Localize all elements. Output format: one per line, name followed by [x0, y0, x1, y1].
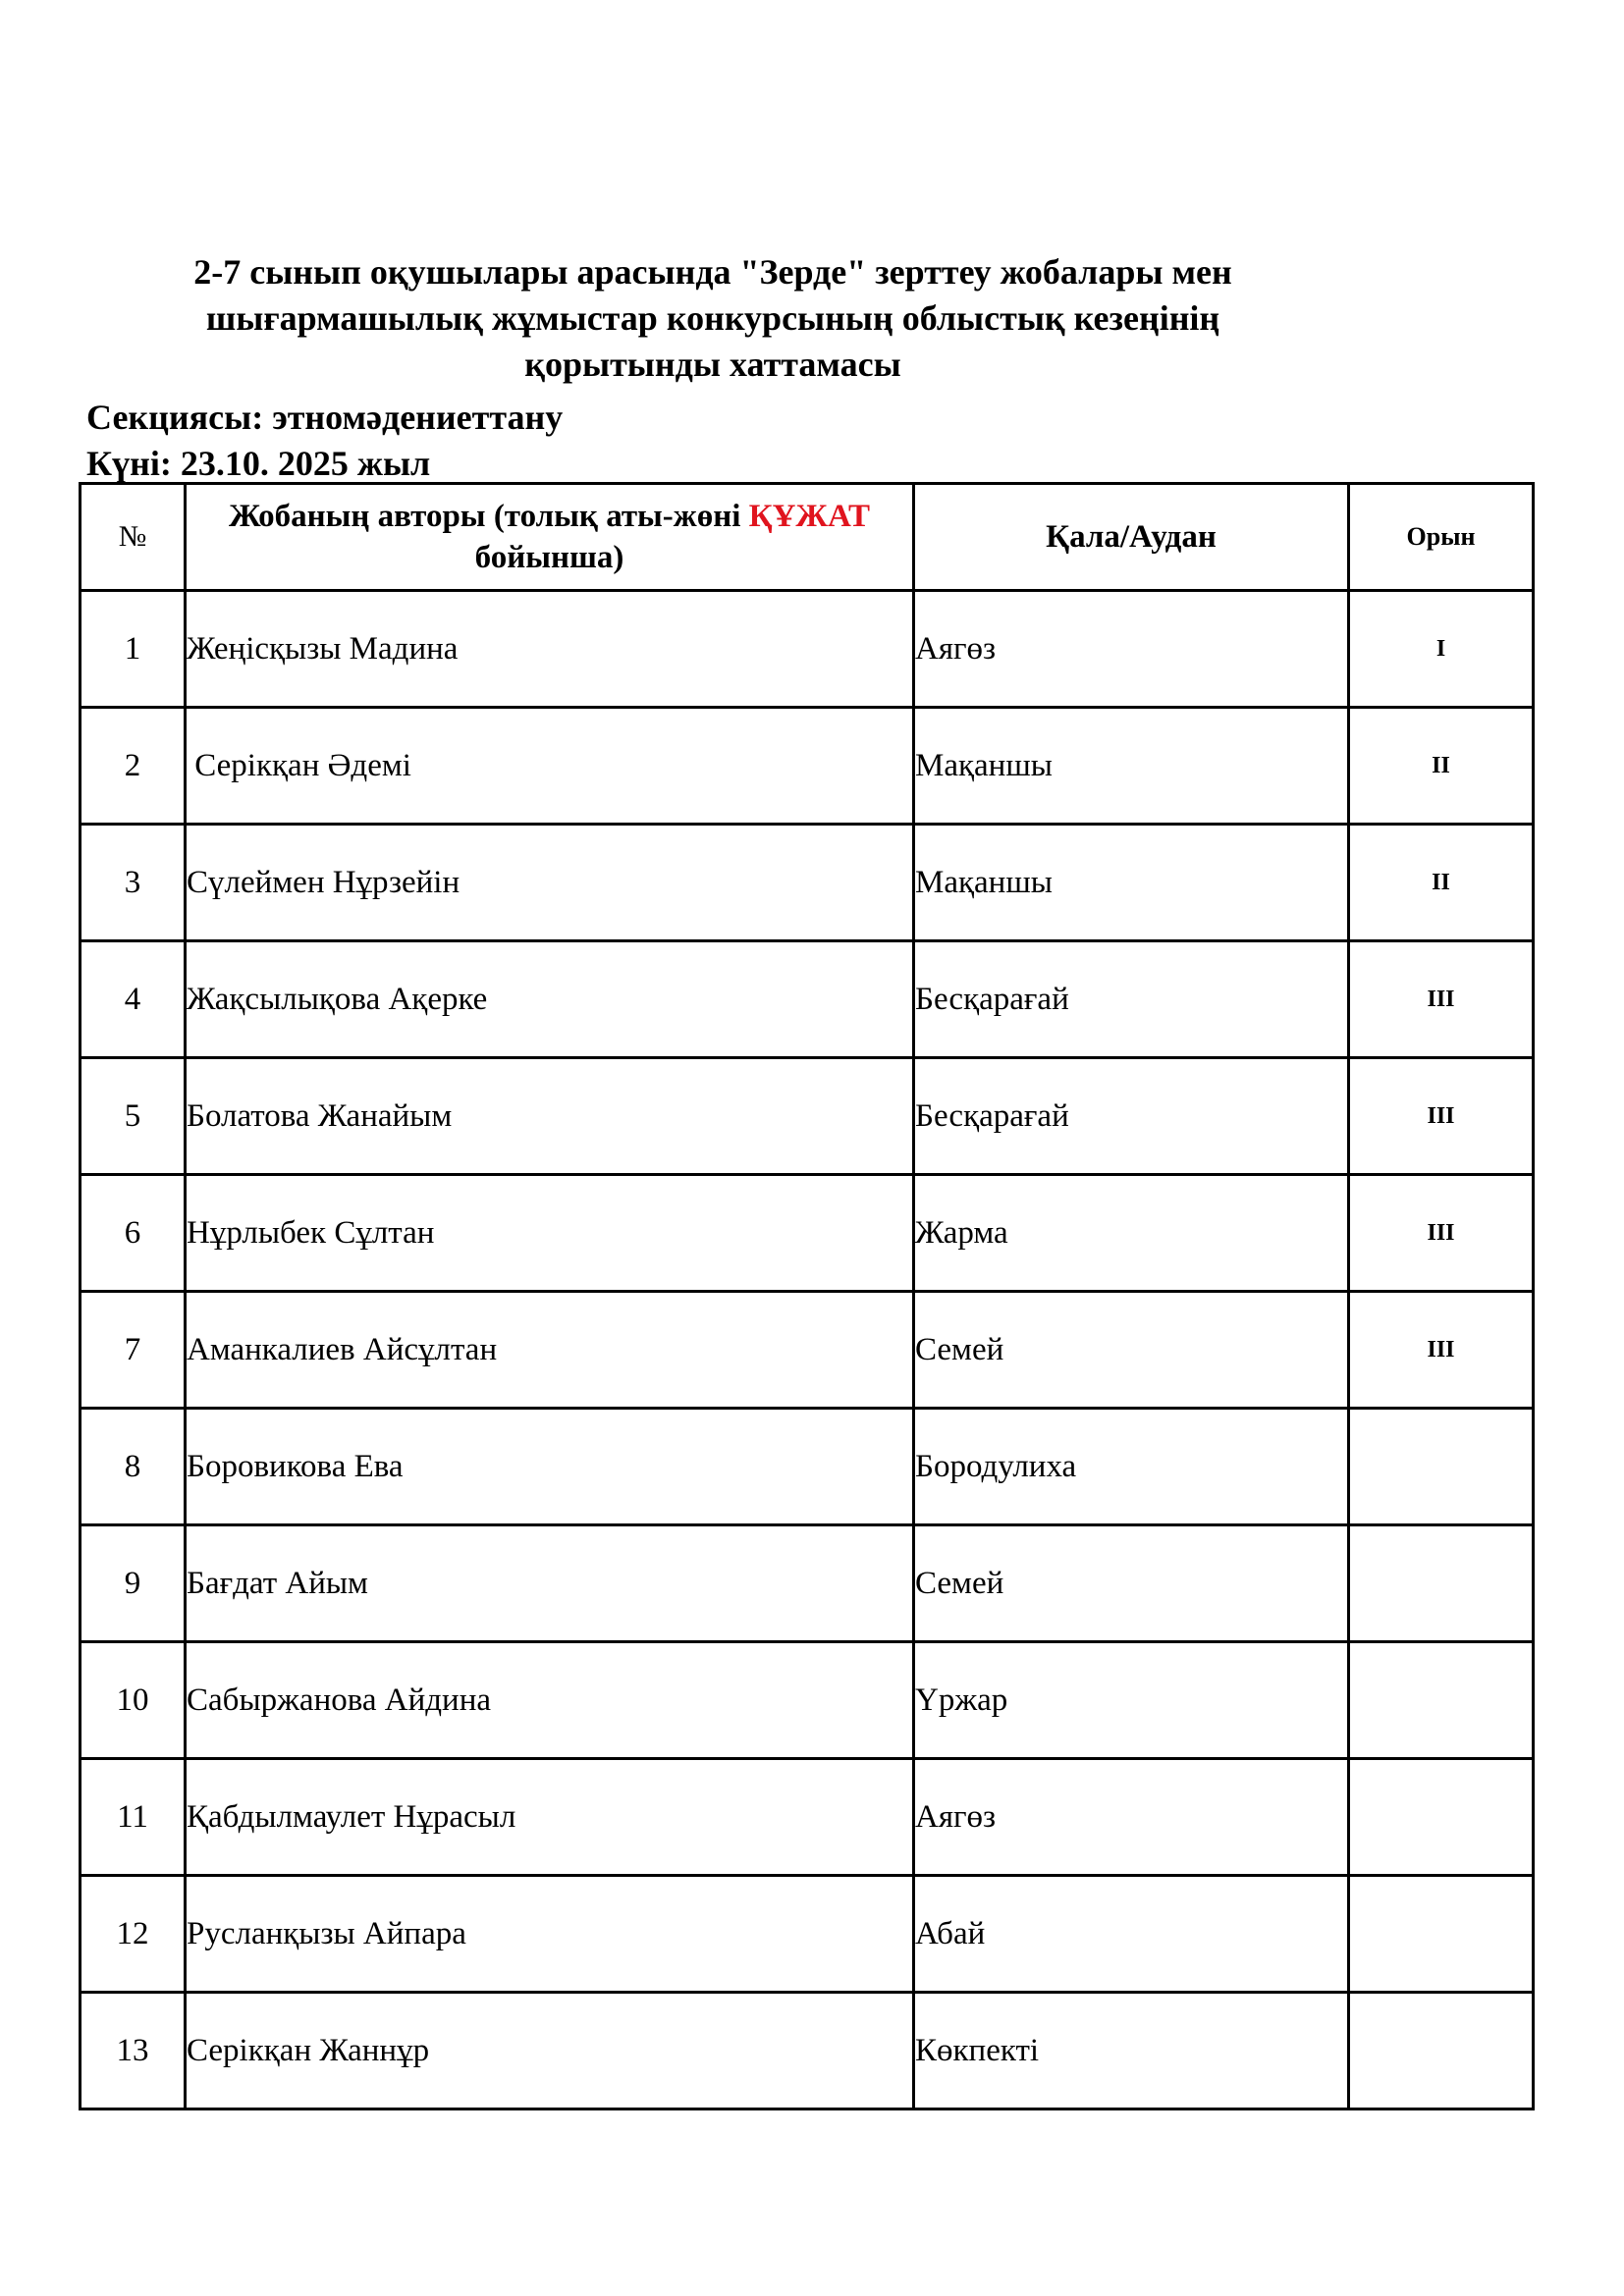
row-number: 10: [81, 1642, 186, 1759]
header-author: Жобаның авторы (толық аты-жөні ҚҰЖАТ бой…: [186, 484, 914, 591]
row-number: 12: [81, 1876, 186, 1993]
row-place: [1349, 1993, 1534, 2109]
row-number: 2: [81, 708, 186, 825]
results-table: № Жобаның авторы (толық аты-жөні ҚҰЖАТ б…: [79, 482, 1535, 2110]
row-author: Сабыржанова Айдина: [186, 1642, 914, 1759]
row-number: 1: [81, 591, 186, 708]
header-city: Қала/Аудан: [914, 484, 1349, 591]
row-city: Бородулиха: [914, 1409, 1349, 1525]
document-title: 2-7 сынып оқушылары арасында "Зерде" зер…: [79, 249, 1347, 388]
table-row: 2 Серікқан ӘдеміМақаншыII: [81, 708, 1534, 825]
row-author: Қабдылмаулет Нұрасыл: [186, 1759, 914, 1876]
table-row: 6Нұрлыбек СұлтанЖармаIII: [81, 1175, 1534, 1292]
row-author: Серікқан Жаннұр: [186, 1993, 914, 2109]
row-author: Русланқызы Айпара: [186, 1876, 914, 1993]
row-city: Семей: [914, 1525, 1349, 1642]
header-author-highlight: ҚҰЖАТ: [749, 499, 870, 534]
row-city: Аягөз: [914, 591, 1349, 708]
row-author: Сүлеймен Нұрзейін: [186, 825, 914, 941]
row-author: Серікқан Әдемі: [186, 708, 914, 825]
row-city: Мақаншы: [914, 708, 1349, 825]
row-city: Бесқарағай: [914, 941, 1349, 1058]
row-place: III: [1349, 1058, 1534, 1175]
row-author: Жеңісқызы Мадина: [186, 591, 914, 708]
row-place: I: [1349, 591, 1534, 708]
row-place: III: [1349, 1175, 1534, 1292]
table-row: 5Болатова ЖанайымБесқарағайIII: [81, 1058, 1534, 1175]
row-place: III: [1349, 1292, 1534, 1409]
table-row: 1Жеңісқызы МадинаАягөзI: [81, 591, 1534, 708]
row-author: Болатова Жанайым: [186, 1058, 914, 1175]
table-row: 13Серікқан ЖаннұрКөкпекті: [81, 1993, 1534, 2109]
row-number: 3: [81, 825, 186, 941]
row-place: III: [1349, 941, 1534, 1058]
table-header-row: № Жобаның авторы (толық аты-жөні ҚҰЖАТ б…: [81, 484, 1534, 591]
header-author-suffix: бойынша): [475, 540, 624, 575]
row-city: Абай: [914, 1876, 1349, 1993]
row-author: Аманкалиев Айсұлтан: [186, 1292, 914, 1409]
header-number: №: [81, 484, 186, 591]
row-place: II: [1349, 825, 1534, 941]
title-line-3: қорытынды хаттамасы: [79, 342, 1347, 388]
table-row: 4Жақсылықова АқеркеБесқарағайIII: [81, 941, 1534, 1058]
title-line-1: 2-7 сынып оқушылары арасында "Зерде" зер…: [79, 249, 1347, 295]
row-author: Боровикова Ева: [186, 1409, 914, 1525]
row-city: Семей: [914, 1292, 1349, 1409]
row-city: Үржар: [914, 1642, 1349, 1759]
row-place: [1349, 1876, 1534, 1993]
row-number: 11: [81, 1759, 186, 1876]
row-place: [1349, 1525, 1534, 1642]
table-row: 7Аманкалиев АйсұлтанСемейIII: [81, 1292, 1534, 1409]
date-label: Күні: 23.10. 2025 жыл: [86, 444, 430, 483]
section-label: Секциясы: этномәдениеттану: [86, 398, 563, 437]
row-place: [1349, 1409, 1534, 1525]
row-place: [1349, 1759, 1534, 1876]
row-city: Жарма: [914, 1175, 1349, 1292]
table-row: 12Русланқызы АйпараАбай: [81, 1876, 1534, 1993]
row-city: Көкпекті: [914, 1993, 1349, 2109]
row-author: Нұрлыбек Сұлтан: [186, 1175, 914, 1292]
row-number: 7: [81, 1292, 186, 1409]
row-number: 8: [81, 1409, 186, 1525]
table-row: 8Боровикова ЕваБородулиха: [81, 1409, 1534, 1525]
row-city: Мақаншы: [914, 825, 1349, 941]
header-place: Орын: [1349, 484, 1534, 591]
row-city: Аягөз: [914, 1759, 1349, 1876]
row-number: 4: [81, 941, 186, 1058]
row-number: 13: [81, 1993, 186, 2109]
table-row: 9Бағдат АйымСемей: [81, 1525, 1534, 1642]
row-place: [1349, 1642, 1534, 1759]
table-row: 3Сүлеймен НұрзейінМақаншыII: [81, 825, 1534, 941]
row-author: Бағдат Айым: [186, 1525, 914, 1642]
row-number: 6: [81, 1175, 186, 1292]
row-author: Жақсылықова Ақерке: [186, 941, 914, 1058]
row-number: 9: [81, 1525, 186, 1642]
table-row: 11Қабдылмаулет НұрасылАягөз: [81, 1759, 1534, 1876]
row-place: II: [1349, 708, 1534, 825]
title-line-2: шығармашылық жұмыстар конкурсының облыст…: [79, 295, 1347, 342]
table-row: 10Сабыржанова АйдинаҮржар: [81, 1642, 1534, 1759]
row-number: 5: [81, 1058, 186, 1175]
header-author-prefix: Жобаның авторы (толық аты-жөні: [229, 499, 749, 534]
row-city: Бесқарағай: [914, 1058, 1349, 1175]
